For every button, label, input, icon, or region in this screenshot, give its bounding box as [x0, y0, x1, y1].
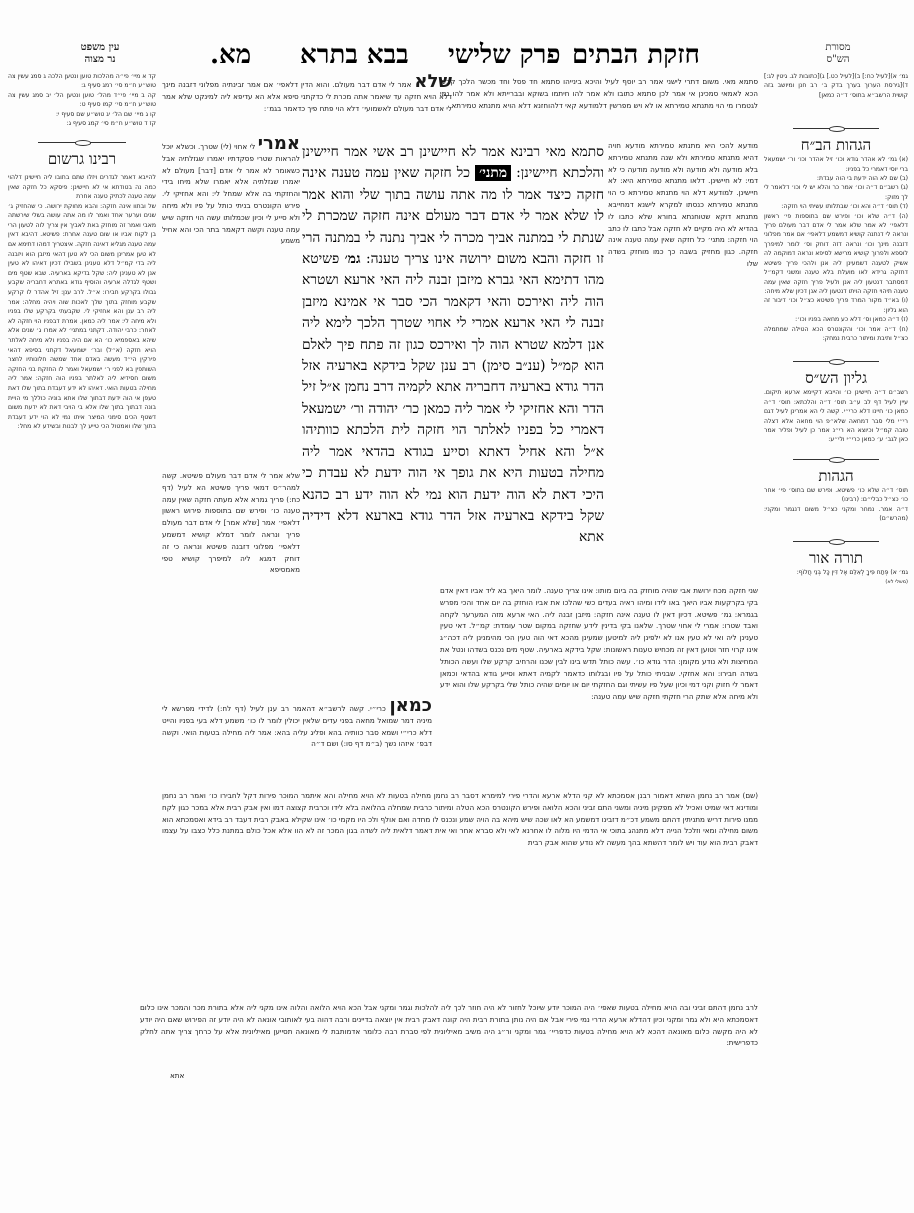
right-margin-header: מסורת הש"ס — [778, 42, 898, 66]
hagahot-habach-entry: (ד) תוס׳ ד״ה והא וכו׳ שבתלותו עשיתי הוי … — [764, 202, 908, 211]
mishnah-marker: מתני׳ — [475, 165, 511, 181]
ornament-divider — [8, 138, 156, 146]
folio-number: מא. — [210, 40, 251, 70]
masoret-hashas-text: גמ׳ א)[לעיל כח:] ב)[לעיל כט.] ג)[כתובות … — [764, 72, 908, 100]
ein-mishpat-entry: קד א מיי׳ פי״ה מהלכות טוען ונטען הלכה ג … — [8, 72, 156, 91]
rabbeinu-gershom-text: להייבא דאמר לגדרים ויזלו שתם בתובו ליה ח… — [8, 173, 156, 201]
tractate-name: בבא בתרא — [300, 40, 409, 70]
gilyon-hashas-title: גליון הש״ס — [764, 369, 908, 388]
tosafot-heading-word: כמאן — [389, 695, 432, 716]
tosafot-top: שלא אמר לי אדם דבר מעולם. והוא הדין דלאפ… — [162, 76, 452, 114]
hagahot-habach-entry: (ח) ד״ה אמר וכו׳ והקונטרס הכא הטילה שמתמ… — [764, 325, 908, 344]
torah-or-text: גמ׳ א) פְּתַח פִּיךָ לְאִלֵּם אֶל דִּין … — [764, 568, 908, 577]
ornament-divider — [764, 455, 908, 463]
ein-mishpat-title: עין משפט — [50, 42, 150, 54]
hagahot-habach-title: הגהות הב״ח — [764, 136, 908, 155]
hagahot-habach-entry: (ב) שם לא הוה ידעת בי הוה עבדת: — [764, 174, 908, 183]
masoret-title: מסורת — [778, 42, 898, 54]
rabbeinu-gershom-title: רבינו גרשום — [8, 150, 156, 169]
tosafot-kman: כמאן כרי״י. קשה לרשב״א דהאמר רב ענן לעיל… — [162, 700, 432, 750]
hagahot-entry: תוס׳ ד״ה שלא כו׳ פשיטא. ופירש שם בתוס׳ פ… — [764, 486, 908, 505]
tosafot-text: לי אחוי (לי) שטרך. וכשלא יוכל להראות שטר… — [162, 142, 300, 245]
ein-mishpat-entry: קו ג מיי׳ שם הל׳ יג טוש״ע שם סעיף י: — [8, 110, 156, 119]
ein-mishpat-entry: קז ד טוש״ע ח״מ סי׳ קמג סעיף ג: — [8, 119, 156, 128]
hagahot-title: הגהות — [764, 467, 908, 486]
tosafot-text: שלא אמר לי אדם דבר מעולם פשיטא. קשה למהר… — [162, 471, 300, 574]
ornament-divider — [764, 537, 908, 545]
footer-commentary: לרב נחמן דהתם זביני ובה הויא מחילה בטעות… — [140, 1002, 758, 1049]
ornament-divider — [764, 124, 908, 132]
tosafot-lower: שלא אמר לי אדם דבר מעולם פשיטא. קשה למהר… — [162, 470, 300, 576]
hagahot-habach-entry: (ג) רשב״ם ד״ה וכו׳ אמר כר והלא יש לי וכו… — [764, 183, 908, 202]
tosafot-heading-word: אמרי — [258, 133, 300, 154]
rashbam-mid: שני חזקה מכח ירושת אבי שהיה מוחזק בה ביו… — [440, 585, 758, 703]
tosafot-left-column: אמרי לי אחוי (לי) שטרך. וכשלא יוכל להראו… — [162, 138, 300, 247]
gemara-text: פשיטא מהו דתימא האי גברא מיזבן זבנה ליה … — [302, 251, 604, 545]
ornament-divider — [764, 357, 908, 365]
bottom-commentary: (שם) אמר רב נחמן השתא דאמור רבנן אסמכתא … — [162, 790, 758, 849]
right-margin: גמ׳ א)[לעיל כח:] ב)[לעיל כט.] ג)[כתובות … — [764, 72, 908, 587]
hagahot-habach-entry: (ו) בא״ד מקור המרד פריך פשיטא כצ״ל וכו׳ … — [764, 296, 908, 315]
left-margin: קד א מיי׳ פי״ה מהלכות טוען ונטען הלכה ג … — [8, 72, 156, 432]
ein-mishpat: קד א מיי׳ פי״ה מהלכות טוען ונטען הלכה ג … — [8, 72, 156, 128]
rashbam-right-column: מודעא להכי היא מתנתא טמירתא מודעא חויה ד… — [608, 140, 758, 270]
left-margin-header: עין משפט נר מצוה — [50, 42, 150, 66]
hagahot-habach-entry: (א) גמ׳ לא אהדר גודא וכו׳ זיל אהדר וכו׳ … — [764, 155, 908, 174]
hagahot-habach-entry: (ז) ד״ה כמאן וס׳ דלא כע מחאה בפניו וכו׳: — [764, 315, 908, 324]
tosafot-heading-word: שלא — [414, 71, 452, 92]
torah-or-cite: (משלי לא) — [764, 578, 908, 587]
rashbam-top: סתמא מאי. משום דתרי לישני אמר רב יוסף לע… — [440, 76, 758, 111]
chapter-number: פרק שלישי — [448, 40, 561, 70]
chapter-name: חזקת הבתים — [572, 40, 700, 70]
hashas-title: הש"ס — [778, 54, 898, 66]
torah-or-title: תורה אור — [764, 549, 908, 568]
catchword: אתא — [170, 1070, 210, 1082]
gemara-marker: גמ׳ — [345, 251, 361, 267]
ein-mishpat-entry: קה ב מיי׳ פי״ד מהל׳ טוען ונטען הל׳ יב סמ… — [8, 91, 156, 110]
hagahot-entry: ד״ה אמר. נמחר ומקני כצ״ל משום דנגמר ומקנ… — [764, 505, 908, 524]
hagahot-habach-entry: (ה) ד״ה שלא וכו׳ ופירש שם בתוספות פי׳ רא… — [764, 212, 908, 297]
rabbeinu-gershom-text: של ובתוו אינה חזקה: והבא מחוקת ירושה. כי… — [8, 202, 156, 432]
ner-mitzvah-title: נר מצוה — [50, 54, 150, 66]
gilyon-hashas-text: רשב״ם ד״ה חיישינן כו׳ והייבא דקיימא ארעא… — [764, 388, 908, 444]
tosafot-text: אמר לי אדם דבר מעולם. והוא הדין דלאפי׳ א… — [162, 80, 452, 113]
gemara-main-text: סתמא מאי רבינא אמר לא חיישינן רב אשי אמר… — [302, 142, 604, 549]
